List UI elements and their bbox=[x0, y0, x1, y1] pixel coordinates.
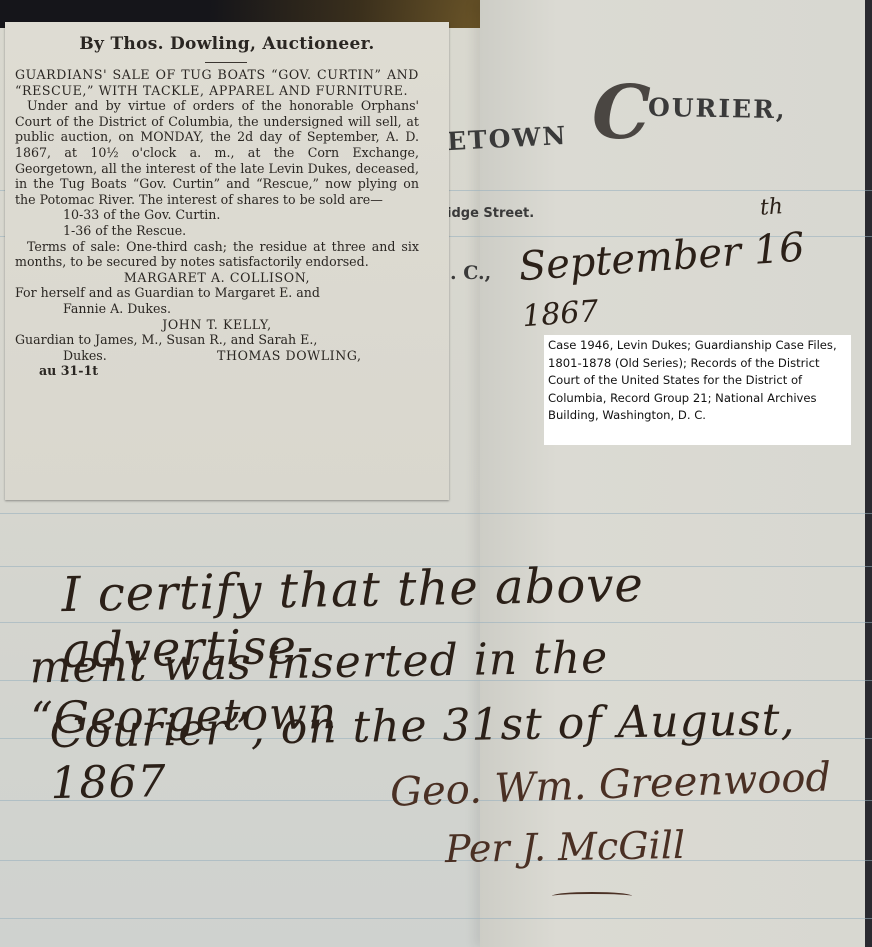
ruled-line bbox=[0, 513, 872, 514]
archive-citation-label: Case 1946, Levin Dukes; Guardianship Cas… bbox=[544, 335, 851, 445]
share-item: 1-36 of the Rescue. bbox=[15, 223, 419, 239]
signature-mcgill: Per J. McGill bbox=[445, 823, 686, 871]
signer-name: JOHN T. KELLY, bbox=[15, 317, 419, 333]
page-edge bbox=[865, 0, 872, 947]
street-address: idge Street. bbox=[447, 206, 534, 221]
signer-role-cont: Fannie A. Dukes. bbox=[15, 301, 419, 317]
signer-role-cont: Dukes. bbox=[15, 348, 203, 364]
masthead-right: OURIER, bbox=[648, 93, 787, 124]
date-year: 1867 bbox=[521, 294, 600, 334]
masthead-ornate-initial: C bbox=[592, 70, 651, 156]
insertion-code: au 31-1t bbox=[15, 363, 419, 379]
auctioneer-row: Dukes. THOMAS DOWLING, bbox=[15, 348, 419, 364]
date-suffix: th bbox=[759, 194, 784, 221]
clipping-paragraph: Under and by virtue of orders of the hon… bbox=[15, 98, 419, 207]
clipping-heading: GUARDIANS' SALE OF TUG BOATS “GOV. CURTI… bbox=[15, 67, 419, 98]
signer-role: For herself and as Guardian to Margaret … bbox=[15, 285, 419, 301]
ruled-line bbox=[0, 918, 872, 919]
auctioneer-name: THOMAS DOWLING, bbox=[203, 348, 362, 364]
signer-name: MARGARET A. COLLISON, bbox=[15, 270, 419, 286]
share-item: 10-33 of the Gov. Curtin. bbox=[15, 207, 419, 223]
ruled-line bbox=[0, 860, 872, 861]
clipping-body: GUARDIANS' SALE OF TUG BOATS “GOV. CURTI… bbox=[15, 67, 419, 379]
signature-flourish bbox=[552, 892, 632, 900]
signer-role: Guardian to James, M., Susan R., and Sar… bbox=[15, 332, 419, 348]
title-divider bbox=[205, 62, 247, 63]
newspaper-clipping: By Thos. Dowling, Auctioneer. GUARDIANS'… bbox=[5, 22, 449, 500]
clipping-title: By Thos. Dowling, Auctioneer. bbox=[5, 34, 449, 54]
terms-of-sale: Terms of sale: One-third cash; the resid… bbox=[15, 239, 419, 270]
